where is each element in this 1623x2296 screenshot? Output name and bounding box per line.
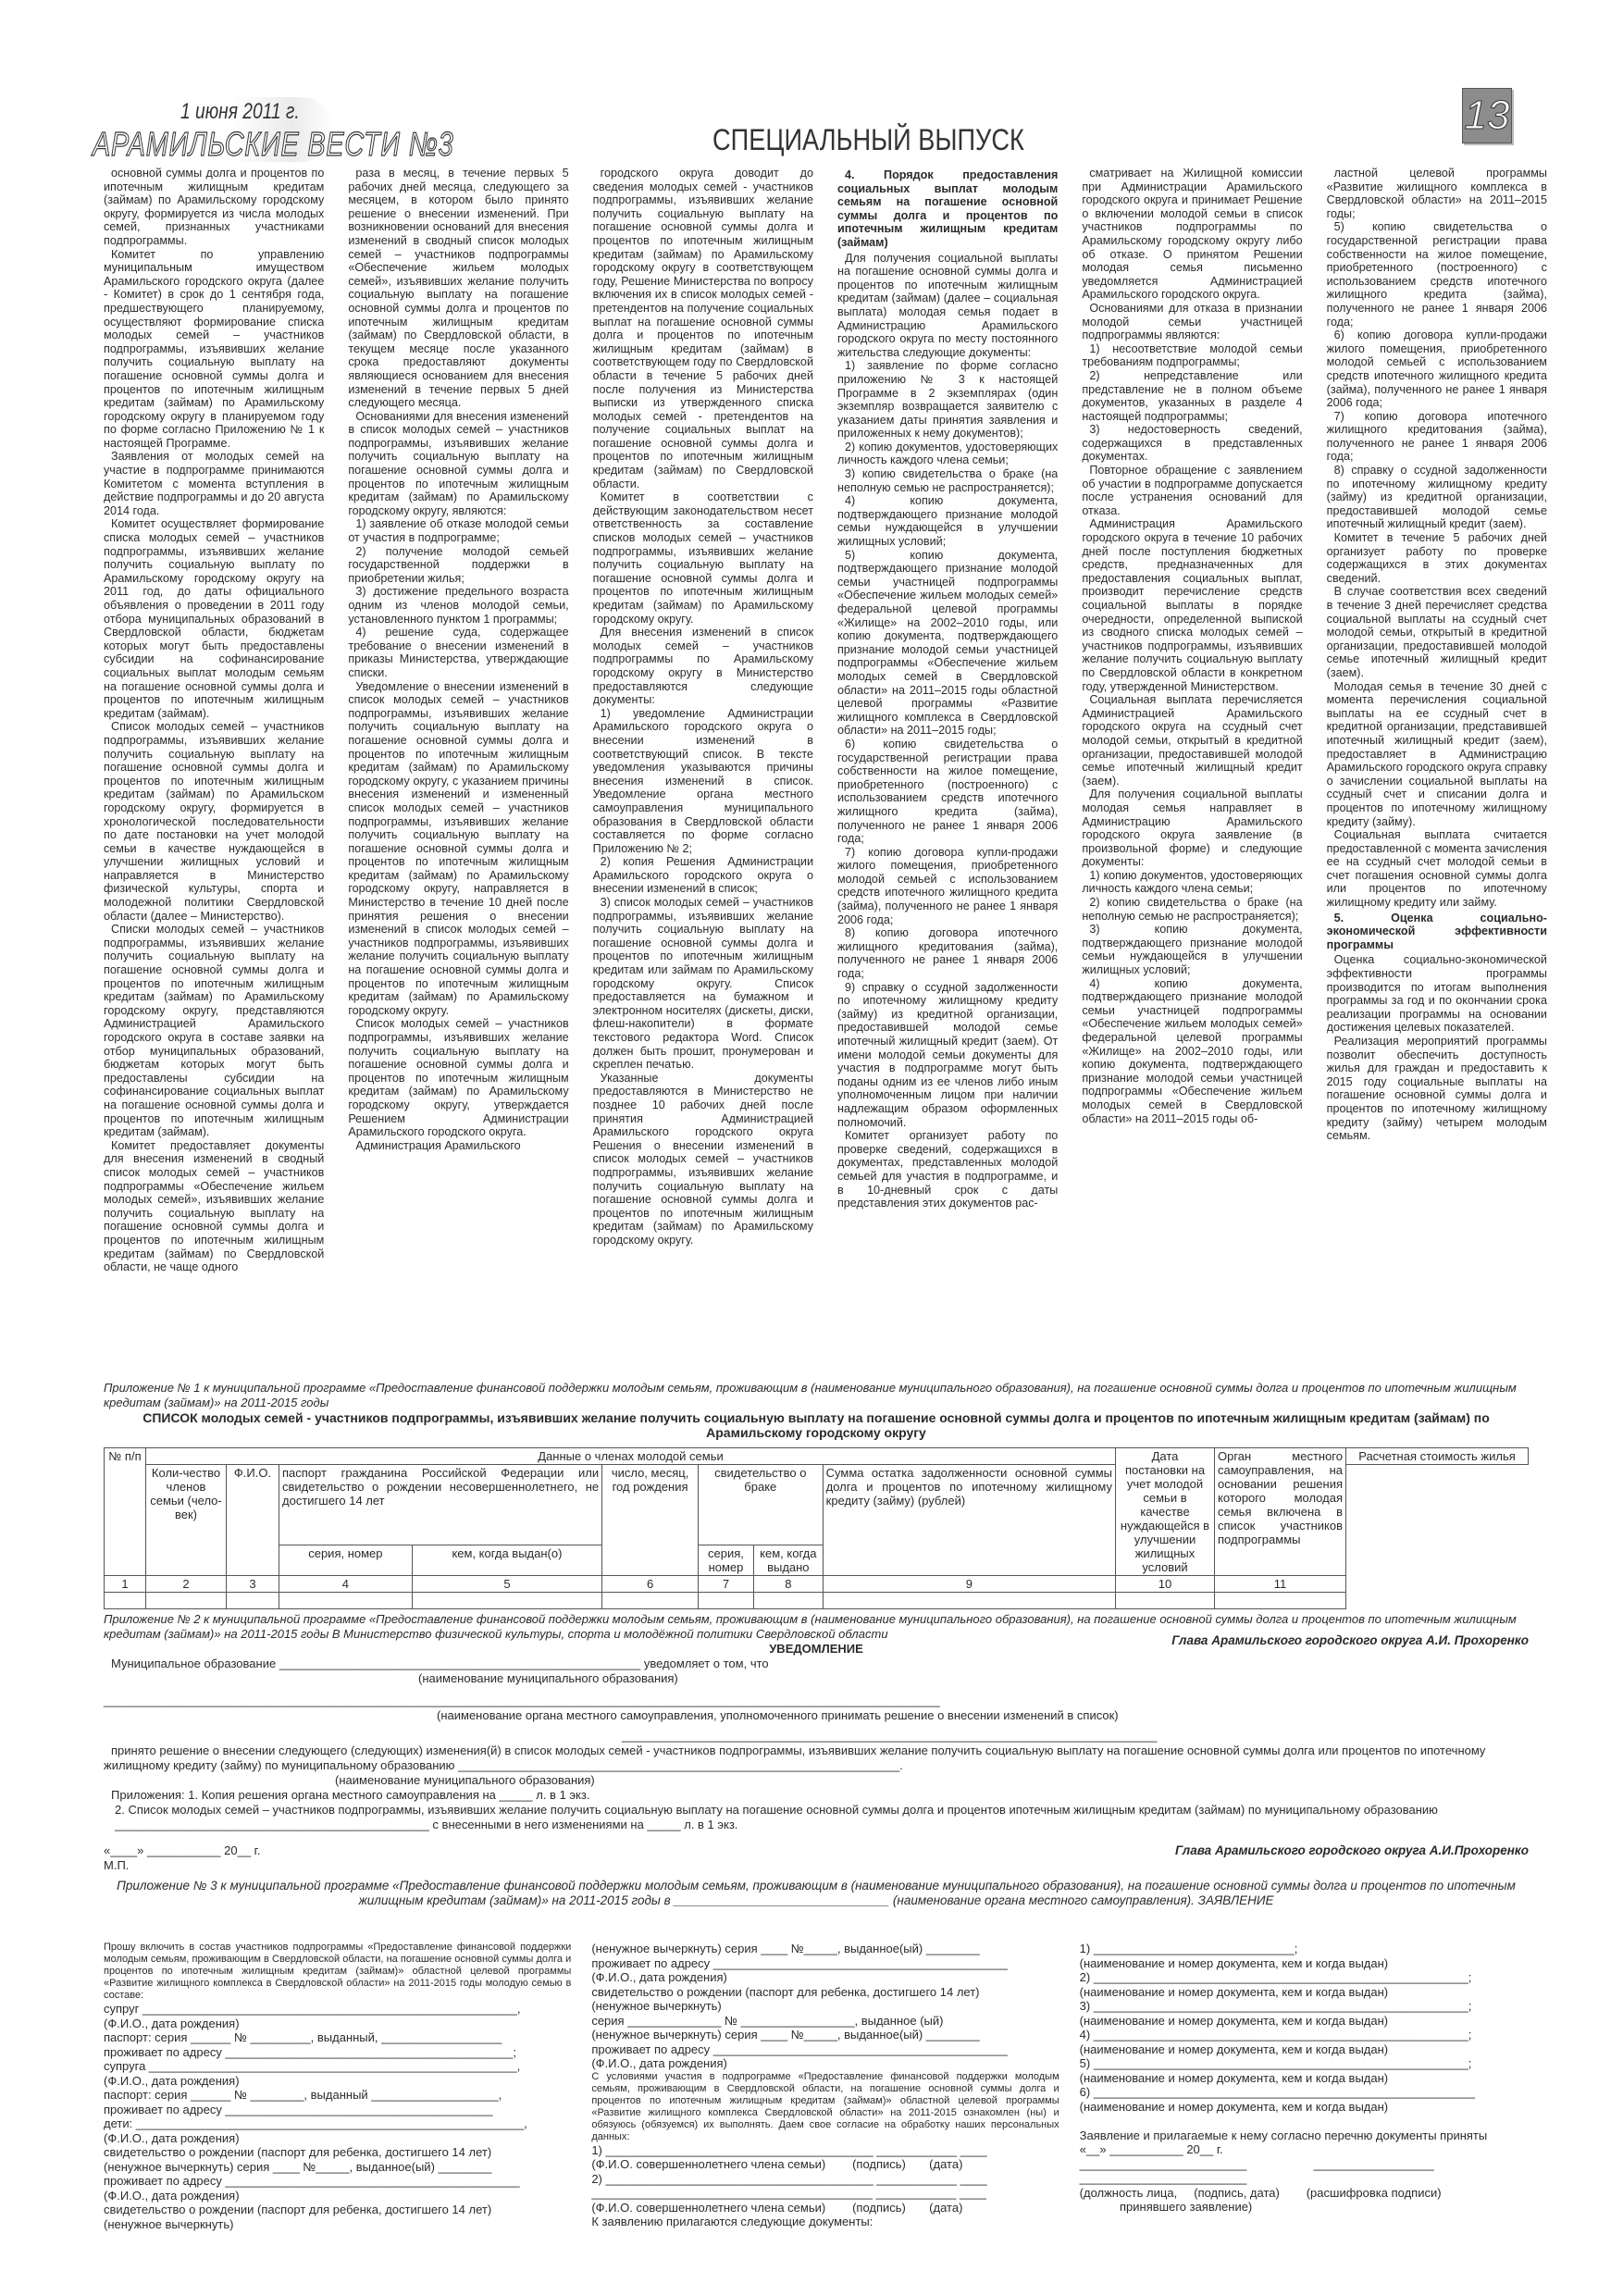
paragraph: Администрация Арамильского городского ок… bbox=[1082, 517, 1302, 693]
form-line: (Ф.И.О. совершеннолетнего члена семьи) (… bbox=[591, 2157, 1059, 2172]
form-line: супруга ________________________________… bbox=[104, 2059, 571, 2074]
appendix-3-caption: Приложение № 3 к муниципальной программе… bbox=[104, 1879, 1529, 1908]
paragraph: 1) копию документов, удостоверяющих личн… bbox=[1082, 869, 1302, 896]
paragraph: Социальная выплата считается предоставле… bbox=[1327, 828, 1547, 910]
paragraph: 8) справку о ссудной задолженности по ип… bbox=[1327, 464, 1547, 531]
paragraph: 4) копию документа, подтверждающего приз… bbox=[1082, 977, 1302, 1126]
paragraph: Комитет организует работу по проверке св… bbox=[837, 1129, 1058, 1210]
form-line: «__» ___________ 20__ г. bbox=[1080, 2142, 1547, 2157]
column-5: сматривает на Жилищной комиссии при Адми… bbox=[1082, 167, 1302, 1360]
appendix-2: Приложение № 2 к муниципальной программе… bbox=[104, 1612, 1529, 1873]
header-organ: Орган местного самоуправления, на основа… bbox=[1215, 1448, 1346, 1576]
paragraph: Для получения социальной выплаты молодая… bbox=[1082, 788, 1302, 869]
form-line: (Ф.И.О., дата рождения) bbox=[104, 2189, 571, 2203]
paragraph: 5) копию документа, подтверждающего приз… bbox=[837, 549, 1058, 738]
form-line: супруг _________________________________… bbox=[104, 2002, 571, 2017]
masthead: 1 июня 2011 г. АРАМИЛЬСКИЕ ВЕСТИ №3 СПЕЦ… bbox=[93, 97, 1573, 167]
form-line: паспорт: серия ______ № ________, выданн… bbox=[104, 2088, 571, 2103]
header-count: Коли-чество членов семьи (чело-век) bbox=[146, 1465, 227, 1576]
form-line: (ненужное вычеркнуть) серия ____ №_____,… bbox=[104, 2160, 571, 2175]
paragraph: 7) копию договора ипотечного жилищного к… bbox=[1327, 410, 1547, 464]
paragraph: Социальная выплата перечисляется Админис… bbox=[1082, 693, 1302, 788]
paragraph: раза в месяц, в течение первых 5 рабочих… bbox=[348, 167, 568, 410]
paragraph: 3) достижение предельного возраста одним… bbox=[348, 585, 568, 626]
form-line: свидетельство о рождении (паспорт для ре… bbox=[104, 2203, 571, 2217]
paragraph: 6) копию договора купли-продажи жилого п… bbox=[1327, 329, 1547, 410]
form-line: свидетельство о рождении (паспорт для ре… bbox=[104, 2145, 571, 2160]
form-line: (Ф.И.О., дата рождения) bbox=[591, 2056, 1059, 2071]
notice-line-3: ________________________________________… bbox=[104, 1729, 1529, 1744]
paragraph: Для получения социальной выплаты на пога… bbox=[837, 252, 1058, 360]
header-date: Дата постановки на учет молодой семьи в … bbox=[1116, 1448, 1215, 1576]
header-series: серия, номер bbox=[279, 1545, 413, 1576]
notification-title: УВЕДОМЛЕНИЕ bbox=[104, 1642, 1529, 1657]
header-num: № п/п bbox=[105, 1448, 146, 1576]
appendix-1-caption: Приложение № 1 к муниципальной программе… bbox=[104, 1381, 1529, 1410]
form-line: (ненужное вычеркнуть) серия ____ №_____,… bbox=[591, 2028, 1059, 2042]
header-birth: число, месяц, год рождения bbox=[602, 1465, 699, 1576]
paragraph: Администрация Арамильского bbox=[348, 1139, 568, 1153]
paragraph: 2) копию документов, удостоверяющих личн… bbox=[837, 441, 1058, 467]
paragraph: 2) непредставление или представление не … bbox=[1082, 369, 1302, 423]
hint-municipality-2: (наименование муниципального образования… bbox=[104, 1773, 1529, 1788]
notice-line-2: ________________________________________… bbox=[104, 1694, 1529, 1708]
paragraph: ластной целевой программы «Развитие жили… bbox=[1327, 167, 1547, 220]
form-line: 2) _____________________________________… bbox=[1080, 1970, 1547, 1985]
paragraph: Указанные документы предоставляются в Ми… bbox=[593, 1072, 813, 1247]
form-line: 4) _____________________________________… bbox=[1080, 2028, 1547, 2042]
form-line: К заявлению прилагаются следующие докуме… bbox=[591, 2215, 1059, 2229]
paragraph: Основаниями для внесения изменений в спи… bbox=[348, 410, 568, 518]
form-line: (наименование и номер документа, кем и к… bbox=[1080, 2042, 1547, 2057]
appendix-1-title: СПИСОК молодых семей - участников подпро… bbox=[104, 1410, 1529, 1440]
section-heading: 5. Оценка социально-экономической эффект… bbox=[1327, 912, 1547, 952]
paragraph: Оценка социально-экономической эффективн… bbox=[1327, 953, 1547, 1035]
paragraph: Комитет в течение 5 рабочих дней организ… bbox=[1327, 531, 1547, 585]
paragraph: 2) получение молодой семьей государствен… bbox=[348, 545, 568, 586]
attachment-1: Приложения: 1. Копия решения органа мест… bbox=[104, 1788, 1529, 1803]
form-line: Заявление и прилагаемые к нему согласно … bbox=[1080, 2128, 1547, 2143]
families-table: № п/п Данные о членах молодой семьи Дата… bbox=[104, 1447, 1529, 1609]
paragraph: основной суммы долга и процентов по ипот… bbox=[104, 167, 324, 248]
paragraph: 3) список молодых семей – участников под… bbox=[593, 896, 813, 1072]
paragraph: 3) копию свидетельства о браке (на непол… bbox=[837, 467, 1058, 494]
paragraph: Молодая семья в течение 30 дней с момент… bbox=[1327, 680, 1547, 829]
paragraph: сматривает на Жилищной комиссии при Адми… bbox=[1082, 167, 1302, 302]
form-line: проживает по адресу ____________________… bbox=[104, 2045, 571, 2060]
paragraph: 4) копию документа, подтверждающего приз… bbox=[837, 494, 1058, 548]
paragraph: Списки молодых семей – участников подпро… bbox=[104, 923, 324, 1139]
column-4: 4. Порядок предоставления социальных вып… bbox=[837, 167, 1058, 1360]
paragraph: 7) копию договора купли-продажи жилого п… bbox=[837, 846, 1058, 927]
paragraph: 2) копия Решения Администрации Арамильск… bbox=[593, 855, 813, 896]
section-heading: 4. Порядок предоставления социальных вып… bbox=[837, 168, 1058, 250]
paragraph: 1) заявление по форме согласно приложени… bbox=[837, 359, 1058, 441]
form-line: (Ф.И.О., дата рождения) bbox=[591, 1970, 1059, 1985]
paragraph: Комитет осуществляет формирование списка… bbox=[104, 517, 324, 720]
paragraph: городского округа доводит до сведения мо… bbox=[593, 167, 813, 490]
paragraph: 2) копию свидетельства о браке (на непол… bbox=[1082, 896, 1302, 923]
hint-authority: (наименование органа местного самоуправл… bbox=[104, 1708, 1529, 1723]
form-line: Прошу включить в состав участников подпр… bbox=[104, 1942, 571, 2002]
issue-date: 1 июня 2011 г. bbox=[180, 99, 300, 125]
paragraph: 8) копию договора ипотечного жилищного к… bbox=[837, 926, 1058, 980]
form-line: паспорт: серия ______ № _________, выдан… bbox=[104, 2030, 571, 2045]
form-line: 2) _____________________________________… bbox=[591, 2172, 1059, 2187]
paragraph: Комитет по управлению муниципальным имущ… bbox=[104, 248, 324, 451]
form-line: проживает по адресу ____________________… bbox=[104, 2174, 571, 2189]
form-line: (наименование и номер документа, кем и к… bbox=[1080, 2014, 1547, 2029]
header-family-data: Данные о членах молодой семьи bbox=[146, 1448, 1116, 1465]
application-form: Прошу включить в состав участников подпр… bbox=[104, 1942, 1547, 2231]
form-line: (ненужное вычеркнуть) серия ____ №_____,… bbox=[591, 1942, 1059, 1956]
form-column-3: 1) ______________________________;(наиме… bbox=[1080, 1942, 1547, 2231]
column-numbers-row: 1 2 3 4 5 6 7 8 9 10 11 bbox=[105, 1576, 1529, 1593]
form-line: (наименование и номер документа, кем и к… bbox=[1080, 2071, 1547, 2086]
appendix-2-signature: Глава Арамильского городского округа А.И… bbox=[1175, 1843, 1529, 1858]
form-line: (Ф.И.О. совершеннолетнего члена семьи) (… bbox=[591, 2201, 1059, 2215]
appendix-1: Приложение № 1 к муниципальной программе… bbox=[104, 1381, 1529, 1648]
paragraph: 5) копию свидетельства о государственной… bbox=[1327, 220, 1547, 329]
form-line: (наименование и номер документа, кем и к… bbox=[1080, 1956, 1547, 1971]
paragraph: Основаниями для отказа в признании молод… bbox=[1082, 302, 1302, 342]
paragraph: Список молодых семей – участников подпро… bbox=[104, 720, 324, 923]
header-fio: Ф.И.О. bbox=[227, 1465, 279, 1576]
header-cost: Расчетная стоимость жилья bbox=[1346, 1448, 1529, 1465]
header-issued-2: кем, когда выдано bbox=[753, 1545, 823, 1576]
article-columns: основной суммы долга и процентов по ипот… bbox=[104, 167, 1547, 1360]
form-line: (Ф.И.О., дата рождения) bbox=[104, 2017, 571, 2031]
column-6: ластной целевой программы «Развитие жили… bbox=[1327, 167, 1547, 1360]
form-line: _________________________ ______________… bbox=[1080, 2157, 1547, 2172]
form-line: 6) _____________________________________… bbox=[1080, 2085, 1547, 2100]
header-marriage: свидетельство о браке bbox=[698, 1465, 823, 1545]
paragraph: Для внесения изменений в список молодых … bbox=[593, 626, 813, 707]
form-line: (наименование и номер документа, кем и к… bbox=[1080, 2100, 1547, 2115]
form-line: 1) _____________________________________… bbox=[591, 2143, 1059, 2158]
form-line: проживает по адресу ____________________… bbox=[104, 2103, 571, 2117]
appendix-2-caption: Приложение № 2 к муниципальной программе… bbox=[104, 1612, 1529, 1642]
header-sum: Сумма остатка задолженности основной сум… bbox=[823, 1465, 1115, 1576]
form-line: 5) _____________________________________… bbox=[1080, 2056, 1547, 2071]
stamp-label: М.П. bbox=[104, 1858, 1529, 1873]
form-line: (ненужное вычеркнуть) bbox=[104, 2217, 571, 2232]
form-line: (наименование и номер документа, кем и к… bbox=[1080, 1985, 1547, 2000]
form-line: (Ф.И.О., дата рождения) bbox=[104, 2131, 571, 2146]
form-line: дети: __________________________________… bbox=[104, 2116, 571, 2131]
paragraph: 1) несоответствие молодой семьи требован… bbox=[1082, 342, 1302, 369]
newspaper-title: АРАМИЛЬСКИЕ ВЕСТИ №3 bbox=[93, 125, 453, 164]
page-number-badge: 13 bbox=[1462, 88, 1512, 143]
notice-decision: принято решение о внесении следующего (с… bbox=[104, 1744, 1529, 1773]
form-line: 1) ______________________________; bbox=[1080, 1942, 1547, 1956]
paragraph: Комитет предоставляет документы для внес… bbox=[104, 1139, 324, 1274]
date-line: «____» ___________ 20__ г. bbox=[104, 1843, 260, 1858]
paragraph: 6) копию свидетельства о государственной… bbox=[837, 738, 1058, 846]
form-line: серия ______________ № _________________… bbox=[591, 2014, 1059, 2029]
form-line: проживает по адресу ____________________… bbox=[591, 2042, 1059, 2057]
form-column-1: Прошу включить в состав участников подпр… bbox=[104, 1942, 571, 2231]
form-line: проживает по адресу ____________________… bbox=[591, 1956, 1059, 1971]
paragraph: Заявления от молодых семей на участие в … bbox=[104, 450, 324, 517]
form-column-2: (ненужное вычеркнуть) серия ____ №_____,… bbox=[591, 1942, 1059, 2231]
form-line: С условиями участия в подпрограмме «Пред… bbox=[591, 2071, 1059, 2143]
form-line bbox=[1080, 2114, 1547, 2128]
form-line: (Ф.И.О., дата рождения) bbox=[104, 2074, 571, 2089]
paragraph: Уведомление о внесении изменений в списо… bbox=[348, 680, 568, 1018]
paragraph: 1) заявление об отказе молодой семьи от … bbox=[348, 517, 568, 544]
form-line: (ненужное вычеркнуть) bbox=[591, 1999, 1059, 2014]
form-line: _________________________ bbox=[1080, 2171, 1547, 2186]
header-issued: кем, когда выдан(о) bbox=[412, 1545, 601, 1576]
column-1: основной суммы долга и процентов по ипот… bbox=[104, 167, 324, 1360]
paragraph: В случае соответствия всех сведений в те… bbox=[1327, 585, 1547, 679]
header-series-2: серия, номер bbox=[698, 1545, 753, 1576]
paragraph: 3) копию документа, подтверждающего приз… bbox=[1082, 923, 1302, 976]
paragraph: Повторное обращение с заявлением об учас… bbox=[1082, 464, 1302, 517]
paragraph: 1) уведомление Администрации Арамильског… bbox=[593, 707, 813, 856]
issue-number: №3 bbox=[409, 125, 454, 163]
table-row bbox=[105, 1593, 1529, 1609]
paragraph: 3) недостоверность сведений, содержащихс… bbox=[1082, 423, 1302, 464]
form-line: ________________________________________… bbox=[591, 2186, 1059, 2201]
paragraph: 9) справку о ссудной задолженности по ип… bbox=[837, 981, 1058, 1130]
paragraph: 4) решение суда, содержащее требование о… bbox=[348, 626, 568, 679]
column-2: раза в месяц, в течение первых 5 рабочих… bbox=[348, 167, 568, 1360]
hint-municipality: (наименование муниципального образования… bbox=[104, 1671, 1529, 1686]
form-line: свидетельство о рождении (паспорт для ре… bbox=[591, 1985, 1059, 2000]
form-line: (должность лица, (подпись, дата) (расшиф… bbox=[1080, 2186, 1547, 2201]
header-passport: паспорт гражданина Российской Федерации … bbox=[279, 1465, 602, 1545]
form-line: принявшего заявление) bbox=[1080, 2200, 1547, 2215]
notice-line-1: Муниципальное образование ______________… bbox=[104, 1657, 1529, 1671]
column-3: городского округа доводит до сведения мо… bbox=[593, 167, 813, 1360]
attachment-2: 2. Список молодых семей – участников под… bbox=[104, 1803, 1529, 1832]
section-title: СПЕЦИАЛЬНЫЙ ВЫПУСК bbox=[712, 123, 1024, 157]
paragraph: Комитет в соответствии с действующим зак… bbox=[593, 490, 813, 626]
paragraph: Реализация мероприятий программы позволи… bbox=[1327, 1035, 1547, 1143]
form-line: 3) _____________________________________… bbox=[1080, 1999, 1547, 2014]
paragraph: Список молодых семей – участников подпро… bbox=[348, 1017, 568, 1138]
